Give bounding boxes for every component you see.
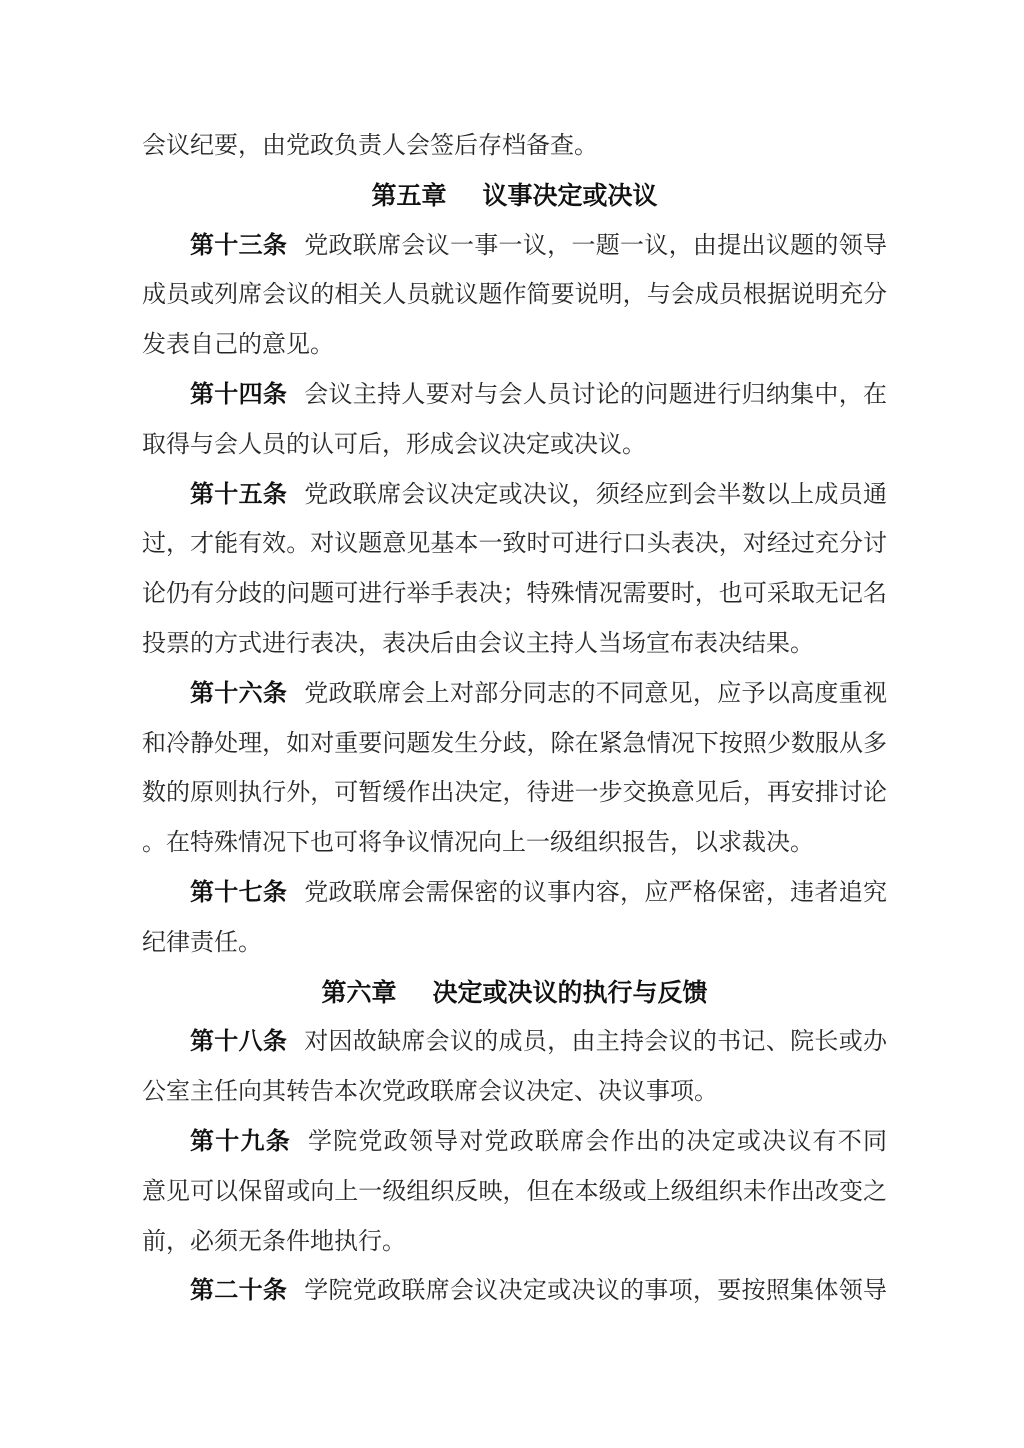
text-line: 成员或列席会议的相关人员就议题作简要说明，与会成员根据说明充分 [142, 271, 887, 321]
text-line-content: 。在特殊情况下也可将争议情况向上一级组织报告，以求裁决。 [142, 830, 814, 856]
article-number: 第二十条 [190, 1278, 287, 1304]
document-page: 会议纪要，由党政负责人会签后存档备查。第五章议事决定或决议第十三条党政联席会议一… [0, 0, 1024, 1448]
chapter-heading: 第五章议事决定或决议 [142, 172, 887, 222]
chapter-title: 决定或决议的执行与反馈 [433, 980, 708, 1007]
text-line-content: 成员或列席会议的相关人员就议题作简要说明，与会成员根据说明充分 [142, 282, 887, 308]
text-line: 过，才能有效。对议题意见基本一致时可进行口头表决，对经过充分讨 [142, 520, 887, 570]
text-line-content: 党政联席会议一事一议，一题一议，由提出议题的领导 [304, 233, 887, 259]
text-line-content: 学院党政领导对党政联席会作出的决定或决议有不同 [308, 1129, 887, 1155]
text-line: 和冷静处理，如对重要问题发生分歧，除在紧急情况下按照少数服从多 [142, 720, 887, 770]
text-line-content: 论仍有分歧的问题可进行举手表决；特殊情况需要时，也可采取无记名 [142, 581, 887, 607]
text-line: 会议纪要，由党政负责人会签后存档备查。 [142, 122, 887, 172]
article-number: 第十六条 [190, 681, 287, 707]
text-line: 意见可以保留或向上一级组织反映，但在本级或上级组织未作出改变之 [142, 1168, 887, 1218]
text-line: 第十三条党政联席会议一事一议，一题一议，由提出议题的领导 [142, 222, 887, 272]
text-line-content: 取得与会人员的认可后，形成会议决定或决议。 [142, 432, 646, 458]
text-line-content: 过，才能有效。对议题意见基本一致时可进行口头表决，对经过充分讨 [142, 531, 887, 557]
text-line-content: 对因故缺席会议的成员，由主持会议的书记、院长或办 [304, 1029, 887, 1055]
text-line-content: 党政联席会议决定或决议，须经应到会半数以上成员通 [304, 482, 887, 508]
article-number: 第十四条 [190, 382, 287, 408]
text-line: 第十四条会议主持人要对与会人员讨论的问题进行归纳集中，在 [142, 371, 887, 421]
text-line: 第十九条学院党政领导对党政联席会作出的决定或决议有不同 [142, 1118, 887, 1168]
chapter-number: 第五章 [371, 183, 446, 210]
text-line-content: 学院党政联席会议决定或决议的事项，要按照集体领导 [304, 1278, 887, 1304]
text-line: 第十八条对因故缺席会议的成员，由主持会议的书记、院长或办 [142, 1018, 887, 1068]
document-text-block: 会议纪要，由党政负责人会签后存档备查。第五章议事决定或决议第十三条党政联席会议一… [142, 122, 887, 1317]
text-line-content: 前，必须无条件地执行。 [142, 1229, 406, 1255]
text-line: 纪律责任。 [142, 919, 887, 969]
text-line: 论仍有分歧的问题可进行举手表决；特殊情况需要时，也可采取无记名 [142, 570, 887, 620]
text-line-content: 发表自己的意见。 [142, 332, 334, 358]
text-line-content: 纪律责任。 [142, 930, 262, 956]
text-line-content: 意见可以保留或向上一级组织反映，但在本级或上级组织未作出改变之 [142, 1179, 887, 1205]
text-line: 第十五条党政联席会议决定或决议，须经应到会半数以上成员通 [142, 471, 887, 521]
text-line: 投票的方式进行表决，表决后由会议主持人当场宣布表决结果。 [142, 620, 887, 670]
article-number: 第十五条 [190, 482, 287, 508]
text-line-content: 公室主任向其转告本次党政联席会议决定、决议事项。 [142, 1079, 718, 1105]
text-line: 公室主任向其转告本次党政联席会议决定、决议事项。 [142, 1068, 887, 1118]
text-line-content: 和冷静处理，如对重要问题发生分歧，除在紧急情况下按照少数服从多 [142, 731, 887, 757]
article-number: 第十八条 [190, 1029, 287, 1055]
chapter-number: 第六章 [321, 980, 396, 1007]
text-line-content: 党政联席会需保密的议事内容，应严格保密，违者追究 [304, 880, 887, 906]
text-line-content: 会议主持人要对与会人员讨论的问题进行归纳集中，在 [304, 382, 887, 408]
text-line-content: 数的原则执行外，可暂缓作出决定，待进一步交换意见后，再安排讨论 [142, 780, 887, 806]
text-line-content: 会议纪要，由党政负责人会签后存档备查。 [142, 133, 598, 159]
article-number: 第十九条 [190, 1129, 291, 1155]
text-line: 数的原则执行外，可暂缓作出决定，待进一步交换意见后，再安排讨论 [142, 769, 887, 819]
text-line-content: 投票的方式进行表决，表决后由会议主持人当场宣布表决结果。 [142, 631, 814, 657]
text-line-content: 党政联席会上对部分同志的不同意见，应予以高度重视 [304, 681, 887, 707]
chapter-title: 议事决定或决议 [483, 183, 658, 210]
text-line: 前，必须无条件地执行。 [142, 1218, 887, 1268]
chapter-heading: 第六章决定或决议的执行与反馈 [142, 969, 887, 1019]
text-line: 第二十条学院党政联席会议决定或决议的事项，要按照集体领导 [142, 1267, 887, 1317]
text-line: 取得与会人员的认可后，形成会议决定或决议。 [142, 421, 887, 471]
article-number: 第十三条 [190, 233, 287, 259]
text-line: 发表自己的意见。 [142, 321, 887, 371]
text-line: 第十七条党政联席会需保密的议事内容，应严格保密，违者追究 [142, 869, 887, 919]
text-line: 。在特殊情况下也可将争议情况向上一级组织报告，以求裁决。 [142, 819, 887, 869]
text-line: 第十六条党政联席会上对部分同志的不同意见，应予以高度重视 [142, 670, 887, 720]
article-number: 第十七条 [190, 880, 287, 906]
